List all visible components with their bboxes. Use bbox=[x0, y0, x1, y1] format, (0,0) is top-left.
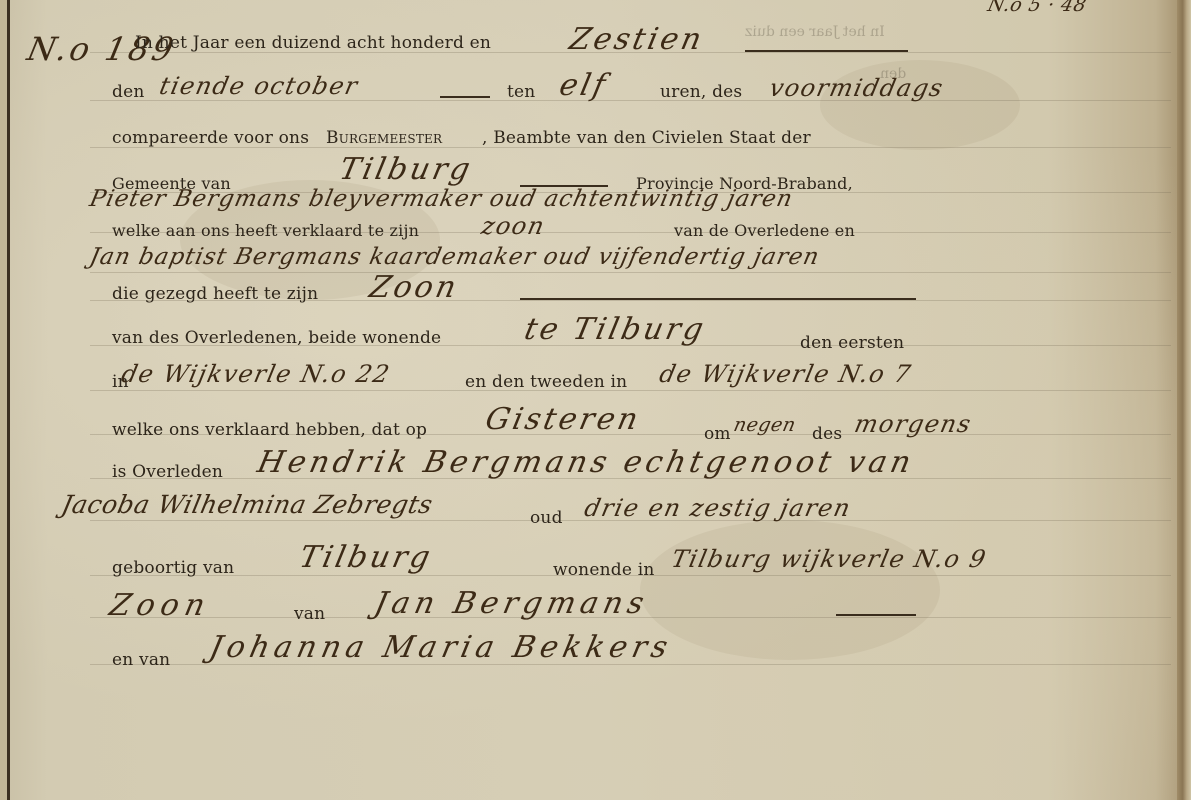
hand-spouse-name: Jacoba Wilhelmina Zebregts bbox=[59, 490, 436, 519]
print-burgemeester: Burgemeester bbox=[326, 128, 442, 148]
print-welke-aan-ons: welke aan ons heeft verklaard te zijn bbox=[112, 221, 419, 240]
print-om: om bbox=[704, 424, 731, 444]
print-geboortig-van: geboortig van bbox=[112, 558, 234, 578]
print-van: van bbox=[294, 604, 325, 624]
print-en-den-tweeden: en den tweeden in bbox=[465, 372, 627, 392]
paper-stain bbox=[640, 520, 940, 660]
hand-age: drie en zestig jaren bbox=[582, 494, 854, 522]
print-den-eersten: den eersten bbox=[800, 333, 904, 353]
print-welke-ons-verklaard: welke ons verklaard hebben, dat op bbox=[112, 420, 427, 440]
hand-relation-3: Zoon bbox=[106, 588, 214, 623]
folio-mark: N.o 5 · 48 bbox=[986, 0, 1089, 16]
fill-line bbox=[836, 614, 916, 616]
print-ten: ten bbox=[507, 82, 535, 102]
document-page: In het Jaar een duiz den N.o 5 · 48 N.o … bbox=[0, 0, 1191, 800]
ruled-line bbox=[90, 100, 1171, 101]
fill-line bbox=[440, 96, 490, 98]
print-wonende-in: wonende in bbox=[553, 560, 654, 580]
ruled-line bbox=[90, 272, 1171, 273]
page-gutter bbox=[1177, 0, 1191, 800]
hand-gemeente-place: Tilburg bbox=[336, 152, 476, 187]
left-margin-strip bbox=[0, 0, 7, 800]
left-margin-rule bbox=[7, 0, 10, 800]
fill-line bbox=[520, 298, 916, 300]
print-uren: uren, des bbox=[660, 82, 742, 102]
print-en-van: en van bbox=[112, 650, 170, 670]
hand-residence: Tilburg wijkverle N.o 9 bbox=[669, 545, 989, 573]
hand-deceased-name: Hendrik Bergmans echtgenoot van bbox=[254, 445, 918, 480]
hand-mother-name: Johanna Maria Bekkers bbox=[206, 630, 675, 665]
print-compareerde: compareerde voor ons bbox=[112, 128, 309, 148]
hand-father-name: Jan Bergmans bbox=[371, 586, 652, 621]
print-des: des bbox=[812, 424, 842, 444]
hand-address-2: de Wijkverle N.o 7 bbox=[657, 360, 914, 388]
hand-residence-place: te Tilburg bbox=[521, 312, 709, 347]
hand-declarant-1: Pieter Bergmans bleyvermaker oud achtent… bbox=[87, 186, 795, 212]
print-is-overleden: is Overleden bbox=[112, 462, 223, 482]
hand-hour: elf bbox=[556, 68, 611, 103]
hand-hour-2: negen bbox=[732, 414, 798, 436]
hand-day: Gisteren bbox=[482, 402, 644, 437]
print-oud: oud bbox=[530, 508, 563, 528]
hand-date: tiende october bbox=[157, 72, 361, 100]
hand-birthplace: Tilburg bbox=[296, 540, 436, 575]
print-den: den bbox=[112, 82, 145, 102]
hand-relation-2: Zoon bbox=[366, 270, 462, 305]
hand-relation-1: zoon bbox=[479, 212, 548, 240]
hand-year: Zestien bbox=[566, 22, 707, 57]
hand-address-1: de Wijkverle N.o 22 bbox=[119, 360, 393, 388]
hand-daypart: voormiddags bbox=[767, 74, 947, 102]
print-van-des-overledenen: van des Overledenen, beide wonende bbox=[112, 328, 441, 348]
ruled-line bbox=[90, 390, 1171, 391]
print-die-gezegd: die gezegd heeft te zijn bbox=[112, 284, 318, 304]
fill-line bbox=[745, 50, 908, 52]
print-year-intro: In het Jaar een duizend acht honderd en bbox=[135, 33, 491, 53]
print-beambte: , Beambte van den Civielen Staat der bbox=[482, 128, 811, 148]
hand-daypart-2: morgens bbox=[852, 410, 974, 438]
print-van-de-overledene: van de Overledene en bbox=[674, 221, 855, 240]
hand-declarant-2: Jan baptist Bergmans kaardemaker oud vij… bbox=[87, 244, 822, 270]
bleed-through-text: In het Jaar een duiz bbox=[745, 24, 885, 40]
